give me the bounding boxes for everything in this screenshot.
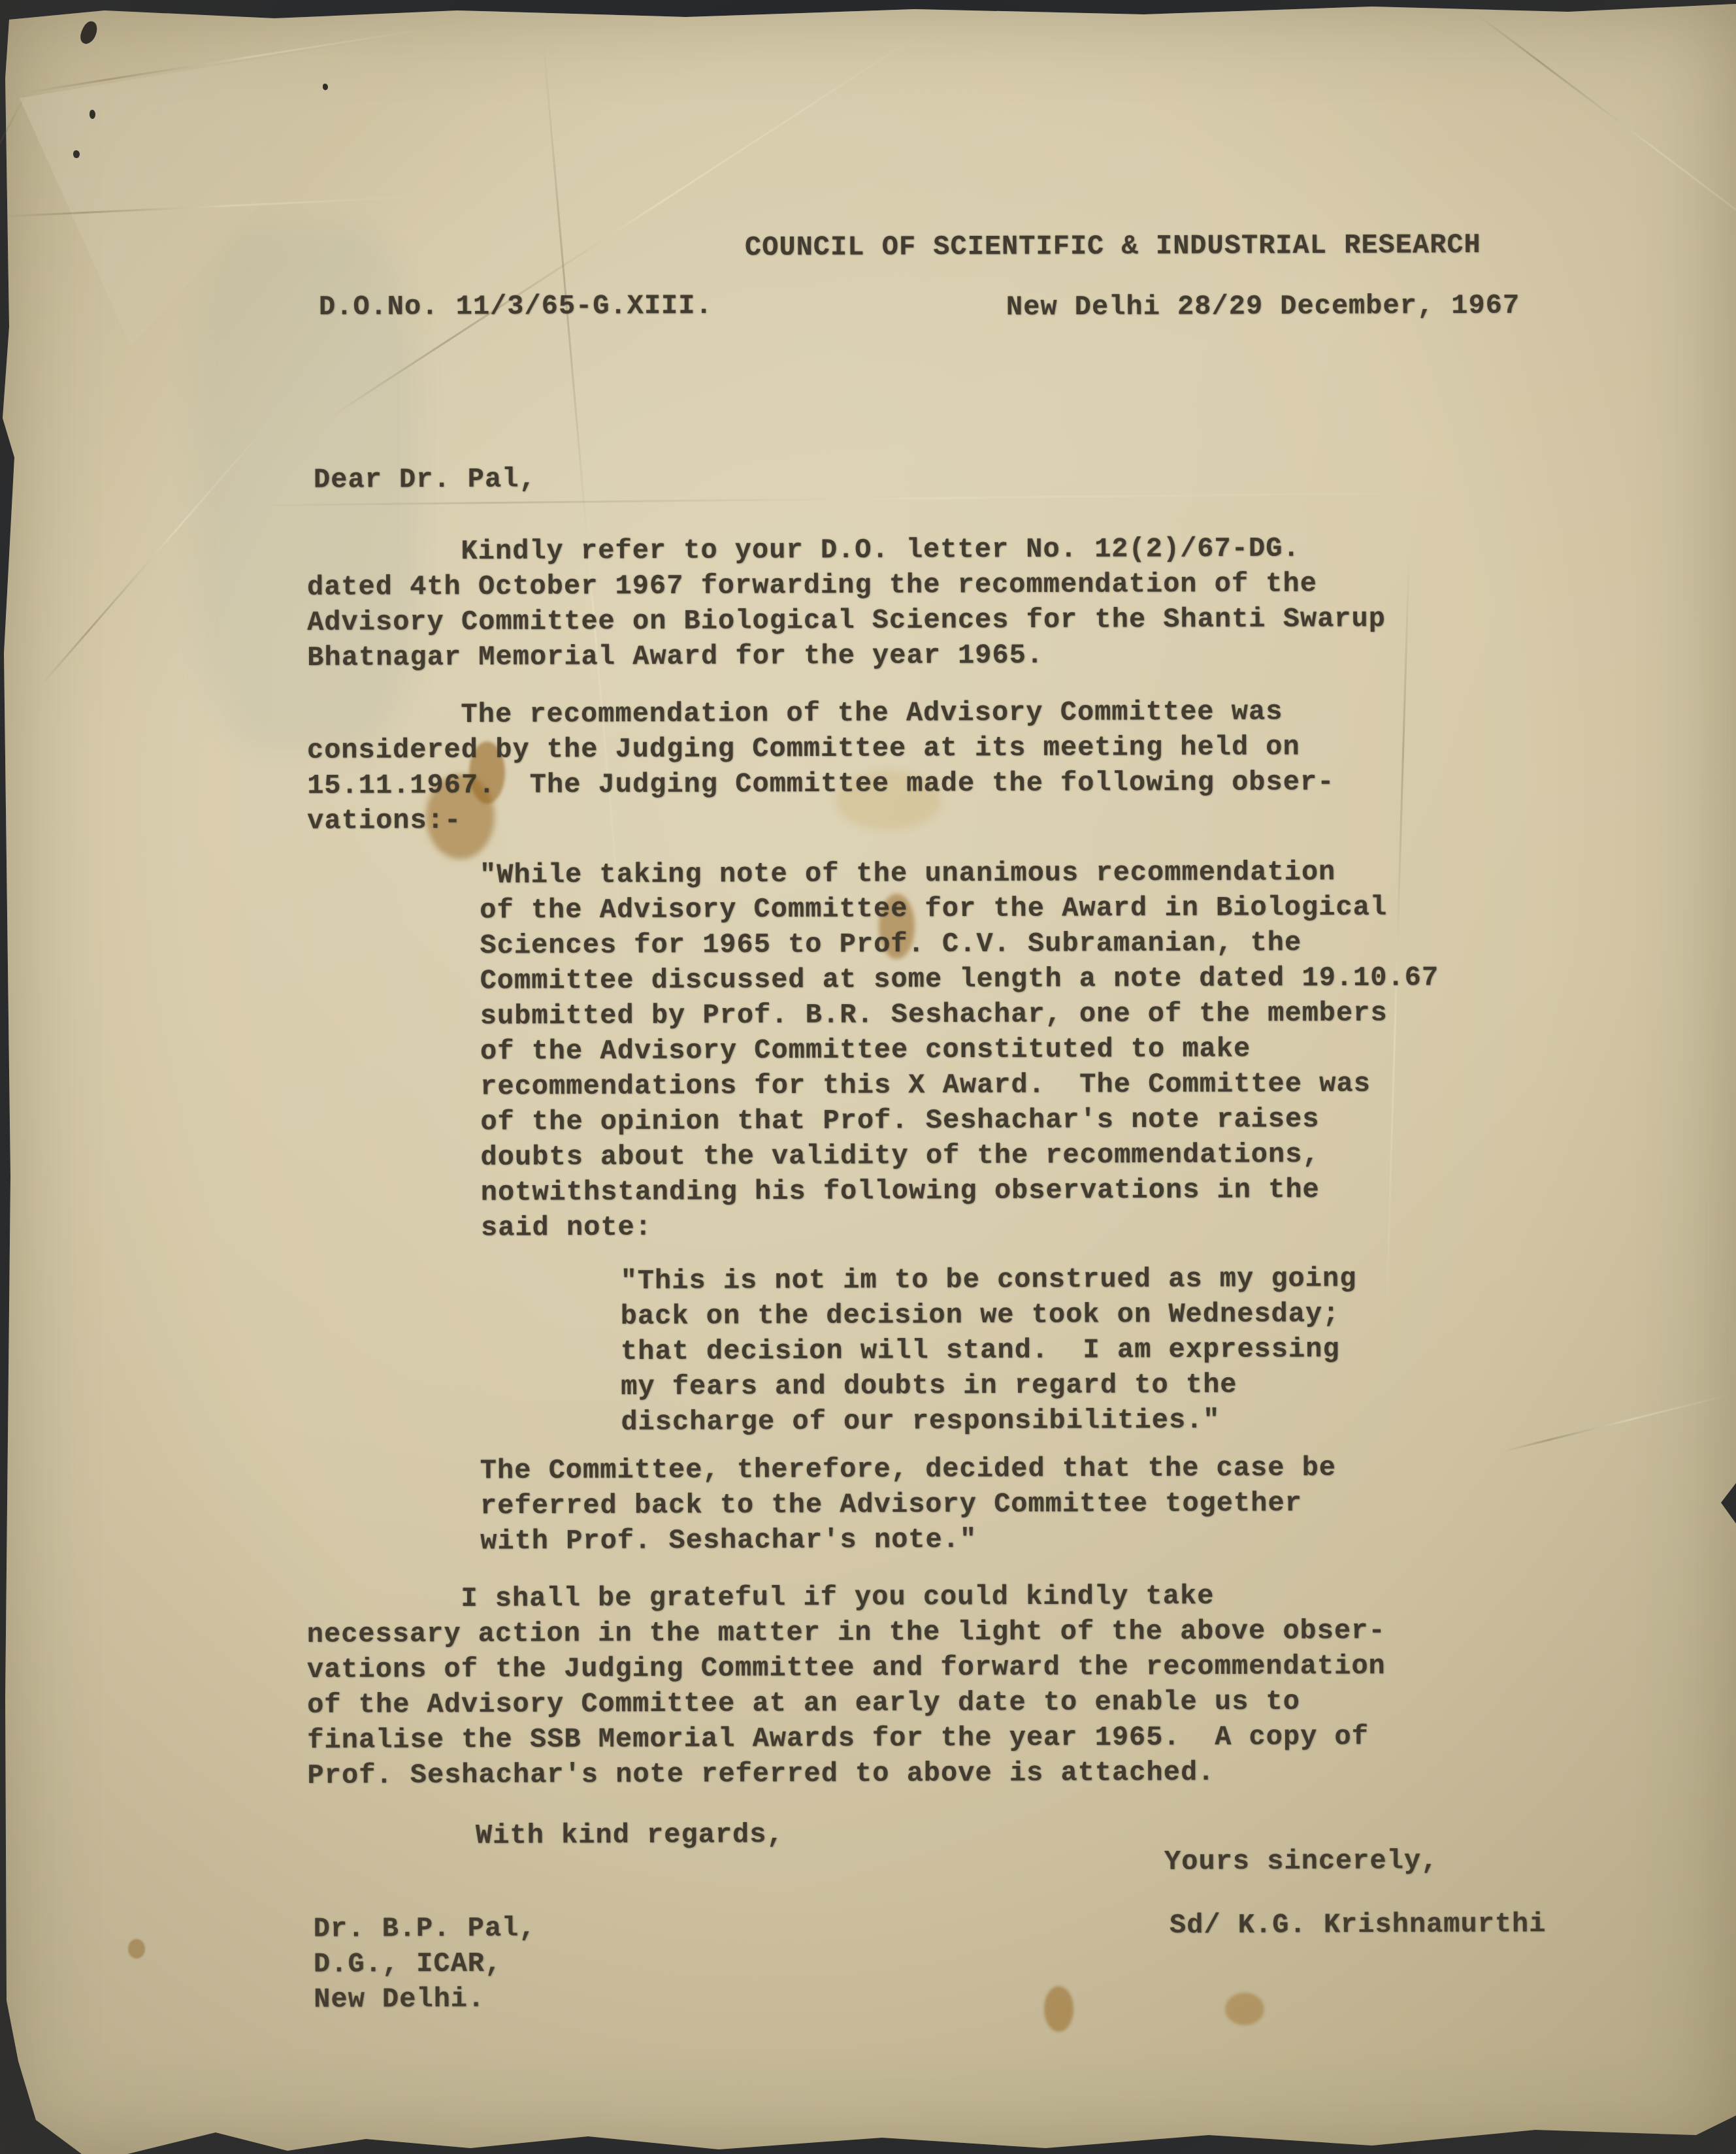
judging-committee-quote: "While taking note of the unanimous reco…: [480, 854, 1440, 1245]
salutation: Dear Dr. Pal,: [314, 461, 536, 497]
seshachar-note-quote: "This is not im to be construed as my go…: [621, 1261, 1358, 1440]
letterhead-organization: COUNCIL OF SCIENTIFIC & INDUSTRIAL RESEA…: [745, 227, 1481, 265]
paragraph-1: Kindly refer to your D.O. letter No. 12(…: [307, 530, 1386, 676]
sign-off-line: Yours sincerely,: [1164, 1843, 1438, 1879]
paragraph-2: The recommendation of the Advisory Commi…: [307, 694, 1335, 838]
judging-committee-quote-end: The Committee, therefore, decided that t…: [480, 1450, 1337, 1559]
scanned-letter-page: COUNCIL OF SCIENTIFIC & INDUSTRIAL RESEA…: [0, 0, 1736, 2154]
reference-number: D.O.No. 11/3/65-G.XIII.: [319, 288, 713, 325]
recipient-address-block: Dr. B.P. Pal, D.G., ICAR, New Delhi.: [314, 1910, 536, 2017]
signature-line: Sd/ K.G. Krishnamurthi: [1170, 1906, 1547, 1943]
kind-regards-line: With kind regards,: [476, 1817, 784, 1853]
scanner-background: { "letter": { "org_header": "COUNCIL OF …: [0, 0, 1736, 2154]
place-and-date: New Delhi 28/29 December, 1967: [1006, 288, 1520, 325]
paragraph-3: I shall be grateful if you could kindly …: [306, 1578, 1386, 1793]
